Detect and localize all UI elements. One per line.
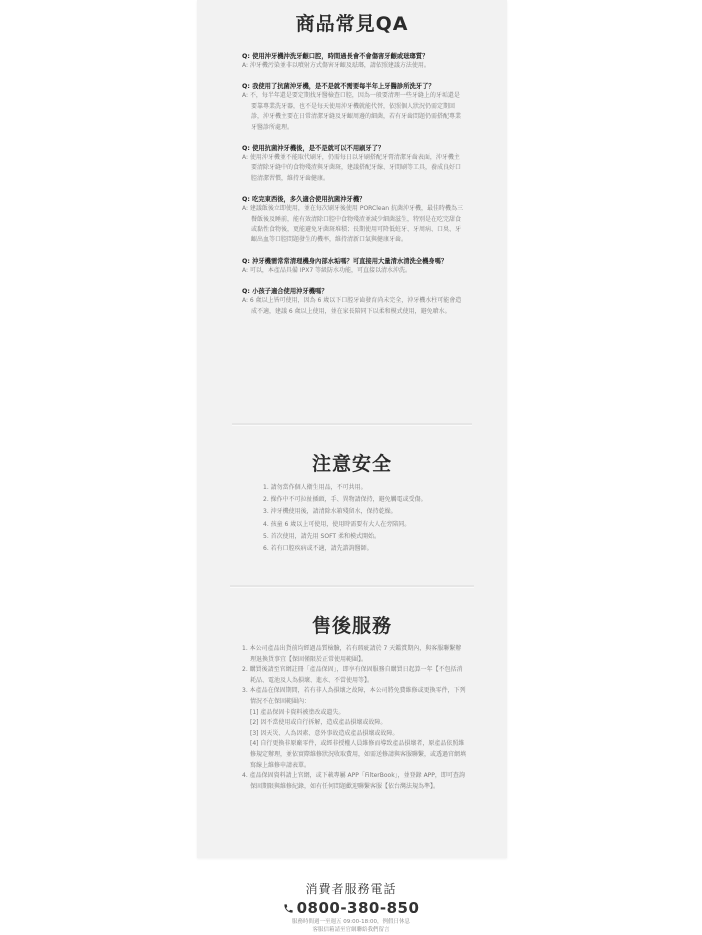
faq-list: Q: 使用沖牙機沖洗牙齦口腔，時間過長會不會傷害牙齦或琺瑯質？ A: 沖牙機污染… (242, 52, 464, 328)
service-item: 1. 本公司產品出貨前均經過品質檢驗，若有瑕疵請於 7 天鑑賞期內，與客服聯繫辦… (242, 644, 466, 665)
customer-service-footer: 消費者服務電話 0800-380-850 服務時間週一至週五 09:00-18:… (0, 880, 702, 934)
faq-question: Q: 使用抗菌沖牙機後，是不是就可以不用刷牙了？ (242, 144, 464, 153)
phone-number-text: 0800-380-850 (297, 899, 420, 917)
faq-answer: A: 沖牙機污染並非以噴射方式傷害牙齦及琺瑯，請依照建議方法使用。 (242, 61, 464, 71)
section-divider (232, 423, 472, 426)
faq-item: Q: 我使用了抗菌沖牙機，是不是就不需要每半年上牙醫診所洗牙了？ A: 不，每半… (242, 82, 464, 133)
service-item: 4. 產品保固資料請上官網，或下載專屬 APP「FilterBook」，並登錄 … (242, 771, 466, 792)
faq-answer: A: 使用沖牙機並不能取代刷牙，仍需每日以牙刷搭配牙膏清潔牙齒表面，沖牙機主要清… (242, 153, 464, 184)
faq-question: Q: 沖牙機需常常清理機身內部水垢嗎？可直接用大量清水清洗全機身嗎？ (242, 257, 464, 266)
service-subitem: [3] 因天災、人為因素、意外事故造成產品損壞或故障。 (242, 729, 466, 740)
section-divider (230, 585, 474, 588)
service-contact-note: 客服信箱請至官網聯絡我們留言 (0, 926, 702, 934)
safety-item: 6. 若有口腔疾病或不適，請先諮詢醫師。 (263, 543, 453, 555)
faq-item: Q: 使用沖牙機沖洗牙齦口腔，時間過長會不會傷害牙齦或琺瑯質？ A: 沖牙機污染… (242, 52, 464, 71)
service-hours-note: 服務時間週一至週五 09:00-18:00，例假日休息 (0, 918, 702, 926)
safety-item: 1. 請勿當作個人衛生用品，不可共用。 (263, 482, 453, 494)
safety-item: 4. 孩童 6 歲以上可使用，使用時需要有大人在旁陪同。 (263, 519, 453, 531)
hotline-number[interactable]: 0800-380-850 (0, 898, 702, 918)
faq-item: Q: 小孩子適合使用沖牙機嗎？ A: 6 歲以上皆可使用，因為 6 歲以下口腔牙… (242, 287, 464, 317)
safety-item: 5. 首次使用，請先用 SOFT 柔和模式開始。 (263, 531, 453, 543)
safety-item: 3. 沖牙機使用後，請清除水箱殘留水，保持乾燥。 (263, 506, 453, 518)
faq-answer: A: 可以，本產品具備 IPX7 等級防水功能，可直接以清水沖洗。 (242, 266, 464, 276)
faq-item: Q: 使用抗菌沖牙機後，是不是就可以不用刷牙了？ A: 使用沖牙機並不能取代刷牙… (242, 144, 464, 184)
faq-answer: A: 6 歲以上皆可使用，因為 6 歲以下口腔牙齒發育尚未完全，沖牙機水柱可能會… (242, 296, 464, 317)
faq-title: 商品常見QA (197, 9, 507, 36)
faq-answer: A: 不，每半年還是要定期找牙醫檢查口腔，因為一般要清理一些牙縫上的牙垢還是要靠… (242, 91, 464, 133)
faq-question: Q: 吃完東西後，多久適合使用抗菌沖牙機？ (242, 195, 464, 204)
safety-title: 注意安全 (197, 449, 507, 476)
service-item: 3. 本產品在保固期間，若有非人為損壞之故障，本公司將免費維修或更換零件，下列情… (242, 686, 466, 707)
faq-question: Q: 我使用了抗菌沖牙機，是不是就不需要每半年上牙醫診所洗牙了？ (242, 82, 464, 91)
faq-answer: A: 建議飯後立即使用，並在每次刷牙後使用 PORClean 抗菌沖牙機，最佳時… (242, 204, 464, 246)
service-subitem: [1] 產品保固卡資料被塗改或遺失。 (242, 708, 466, 719)
safety-list: 1. 請勿當作個人衛生用品，不可共用。 2. 操作中不可拉扯插頭，手、異物請保持… (263, 482, 453, 555)
safety-item: 2. 操作中不可拉扯插頭，手、異物請保持，避免觸電或受傷。 (263, 494, 453, 506)
service-list: 1. 本公司產品出貨前均經過品質檢驗，若有瑕疵請於 7 天鑑賞期內，與客服聯繫辦… (242, 644, 466, 792)
service-item: 2. 購買後請至官網註冊「產品保固」，即享有保固服務自購買日起算一年【不包括消耗… (242, 665, 466, 686)
faq-item: Q: 吃完東西後，多久適合使用抗菌沖牙機？ A: 建議飯後立即使用，並在每次刷牙… (242, 195, 464, 246)
faq-question: Q: 小孩子適合使用沖牙機嗎？ (242, 287, 464, 296)
faq-question: Q: 使用沖牙機沖洗牙齦口腔，時間過長會不會傷害牙齦或琺瑯質？ (242, 52, 464, 61)
faq-item: Q: 沖牙機需常常清理機身內部水垢嗎？可直接用大量清水清洗全機身嗎？ A: 可以… (242, 257, 464, 276)
service-subitem: [2] 因不當使用或自行拆解，造成產品損壞或故障。 (242, 718, 466, 729)
hotline-title: 消費者服務電話 (0, 880, 702, 898)
service-title: 售後服務 (197, 611, 507, 638)
phone-icon (283, 903, 294, 914)
content-panel: 商品常見QA Q: 使用沖牙機沖洗牙齦口腔，時間過長會不會傷害牙齦或琺瑯質？ A… (197, 0, 507, 858)
service-subitem: [4] 自行更換非原廠零件，或經非授權人員維修而導致產品損壞者，原產品依照維修規… (242, 739, 466, 771)
